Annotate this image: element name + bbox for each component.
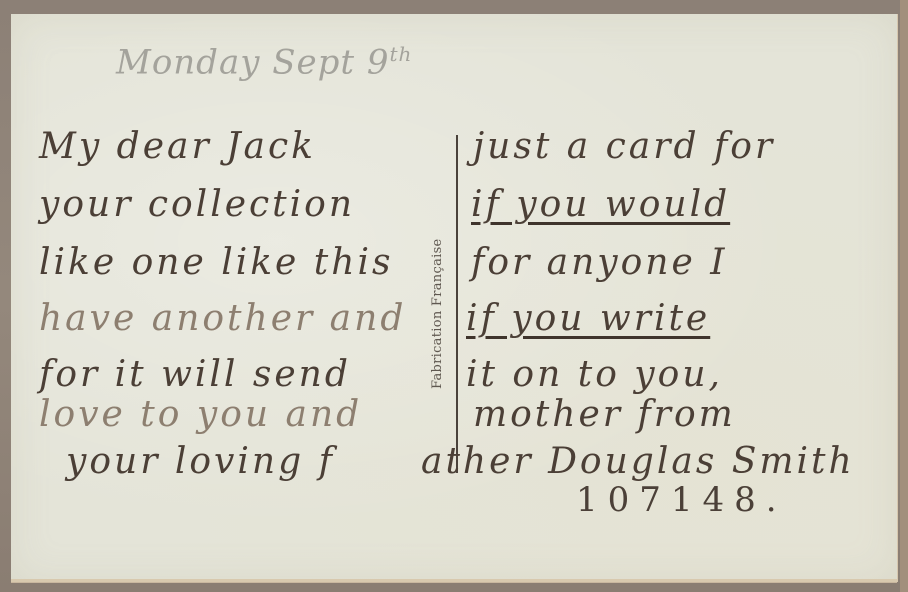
address-divider-line	[456, 135, 458, 473]
reference-number: 107148.	[576, 480, 787, 520]
pencil-date: Monday Sept 9th	[116, 42, 412, 82]
message-line-1-right: just a card for	[473, 126, 775, 167]
date-suffix: th	[390, 42, 413, 66]
message-line-6-right: mother from	[473, 394, 736, 435]
frame-right-edge	[900, 0, 908, 592]
postcard: Monday Sept 9th Fabrication Française My…	[11, 14, 897, 582]
message-line-5-right: it on to you,	[466, 354, 723, 395]
message-line-2-right: if you would	[471, 184, 730, 225]
message-line-7-left: your loving f	[66, 441, 335, 482]
message-line-4-right: if you write	[466, 298, 710, 339]
signature-line: ather Douglas Smith	[421, 441, 855, 482]
message-line-1-left: My dear Jack	[39, 126, 316, 167]
message-line-2-left: your collection	[39, 184, 355, 225]
message-line-3-right: for anyone I	[471, 242, 727, 283]
maker-mark: Fabrication Française	[430, 204, 450, 424]
date-text: Monday Sept 9	[116, 42, 390, 82]
message-line-5-left: for it will send	[39, 354, 351, 395]
card-edge	[11, 579, 897, 582]
message-line-6-left: love to you and	[39, 394, 362, 435]
message-line-3-left: like one like this	[39, 242, 393, 283]
message-line-4-left: have another and	[39, 298, 406, 339]
